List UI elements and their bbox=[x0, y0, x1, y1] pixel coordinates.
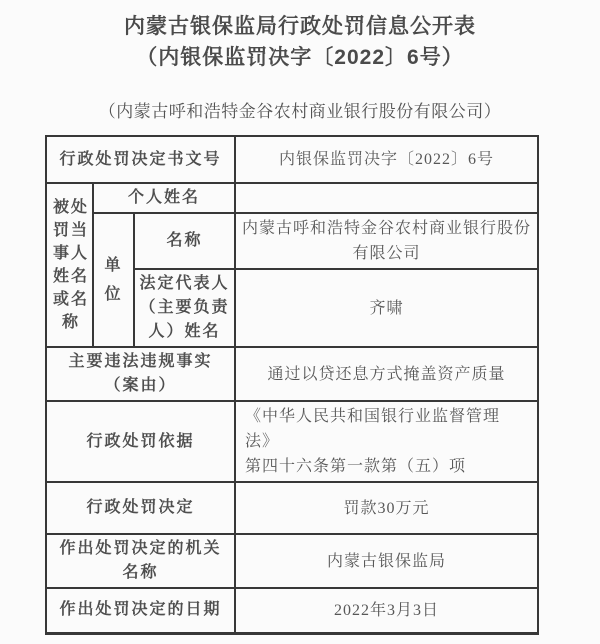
penalty-decision-label: 行政处罚决定 bbox=[46, 482, 235, 534]
row-penalty-decision: 行政处罚决定 罚款30万元 bbox=[46, 482, 538, 534]
row-personal-name: 被处罚当事人姓名或名称 个人姓名 bbox=[46, 183, 538, 213]
row-deciding-authority: 作出处罚决定的机关名称 内蒙古银保监局 bbox=[46, 534, 538, 588]
party-name-group-label: 被处罚当事人姓名或名称 bbox=[51, 196, 91, 334]
personal-name-label: 个人姓名 bbox=[93, 183, 235, 213]
violation-facts-value: 通过以贷还息方式掩盖资产质量 bbox=[235, 347, 538, 401]
row-org-name: 单位 名称 内蒙古呼和浩特金谷农村商业银行股份 有限公司 bbox=[46, 213, 538, 269]
deciding-authority-value: 内蒙古银保监局 bbox=[235, 534, 538, 588]
personal-name-value bbox=[235, 183, 538, 213]
legal-representative-label: 法定代表人（主要负责人）姓名 bbox=[134, 269, 235, 347]
legal-representative-value: 齐啸 bbox=[235, 269, 538, 347]
violation-facts-label: 主要违法违规事实（案由） bbox=[46, 347, 235, 401]
row-decision-date: 作出处罚决定的日期 2022年3月3日 bbox=[46, 588, 538, 633]
org-name-label: 名称 bbox=[134, 213, 235, 269]
penalty-info-table: 行政处罚决定书文号 内银保监罚决字〔2022〕6号 被处罚当事人姓名或名称 个人… bbox=[45, 135, 539, 635]
organization-group-cell: 单位 bbox=[93, 213, 134, 347]
penalized-entity-subtitle: （内蒙古呼和浩特金谷农村商业银行股份有限公司） bbox=[0, 97, 600, 122]
party-name-group-cell: 被处罚当事人姓名或名称 bbox=[46, 183, 93, 347]
title-block: 内蒙古银保监局行政处罚信息公开表 （内银保监罚决字〔2022〕6号） bbox=[0, 0, 600, 73]
penalty-basis-value: 《中华人民共和国银行业监督管理法》 第四十六条第一款第（五）项 bbox=[235, 401, 538, 482]
row-penalty-basis: 行政处罚依据 《中华人民共和国银行业监督管理法》 第四十六条第一款第（五）项 bbox=[46, 401, 538, 482]
row-document-number: 行政处罚决定书文号 内银保监罚决字〔2022〕6号 bbox=[46, 136, 538, 183]
penalty-decision-value: 罚款30万元 bbox=[235, 482, 538, 534]
org-name-value: 内蒙古呼和浩特金谷农村商业银行股份 有限公司 bbox=[235, 213, 538, 269]
penalty-disclosure-page: 内蒙古银保监局行政处罚信息公开表 （内银保监罚决字〔2022〕6号） （内蒙古呼… bbox=[0, 0, 600, 644]
deciding-authority-label: 作出处罚决定的机关名称 bbox=[46, 534, 235, 588]
decision-date-label: 作出处罚决定的日期 bbox=[46, 588, 235, 633]
document-number-value: 内银保监罚决字〔2022〕6号 bbox=[235, 136, 538, 183]
page-title: 内蒙古银保监局行政处罚信息公开表 bbox=[0, 11, 600, 42]
decision-date-value: 2022年3月3日 bbox=[235, 588, 538, 633]
penalty-basis-label: 行政处罚依据 bbox=[46, 401, 235, 482]
document-number-label: 行政处罚决定书文号 bbox=[46, 136, 235, 183]
page-title-doc-number: （内银保监罚决字〔2022〕6号） bbox=[0, 42, 600, 73]
row-violation-facts: 主要违法违规事实（案由） 通过以贷还息方式掩盖资产质量 bbox=[46, 347, 538, 401]
organization-group-label: 单位 bbox=[104, 251, 124, 309]
